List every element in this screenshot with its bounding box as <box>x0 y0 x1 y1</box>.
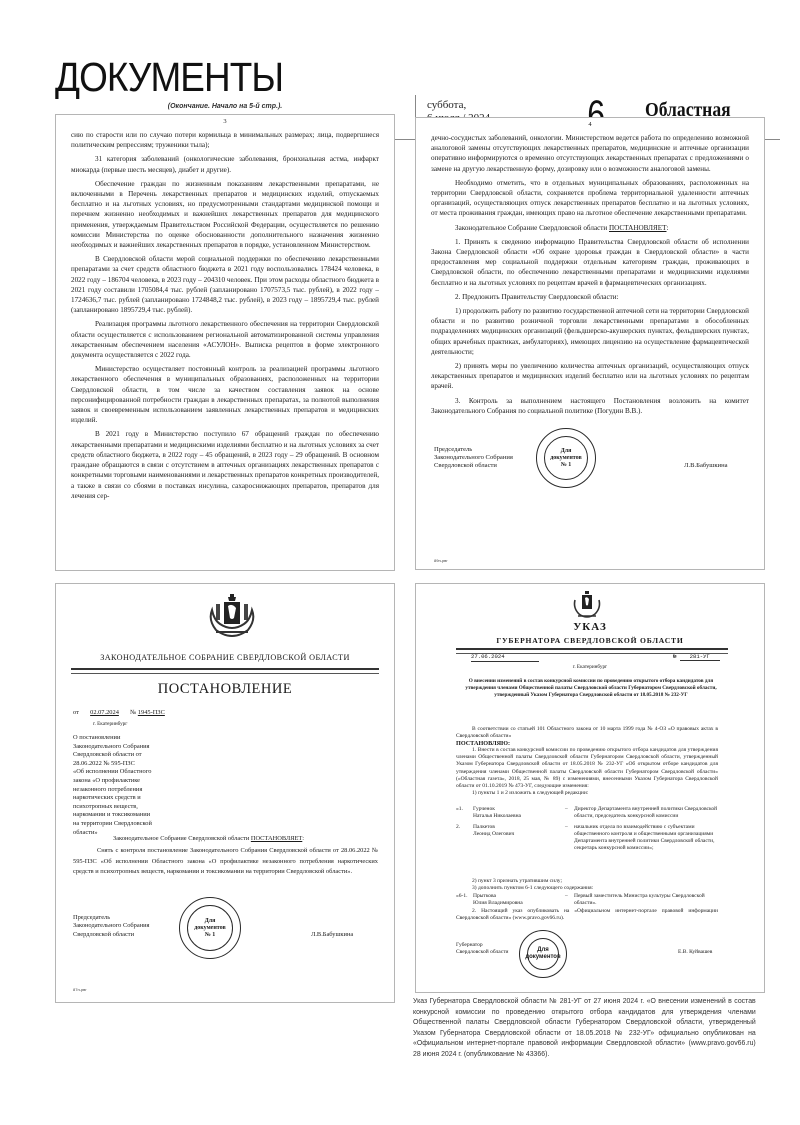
ukaz-preamble: В соответствии со статьей 101 Областного… <box>456 726 718 797</box>
subject-line: наркомании и токсикомании <box>73 811 152 820</box>
subject-line: психотропных веществ, <box>73 803 152 812</box>
document-page-4: 4 дечно-сосудистых заболеваний, онкологи… <box>415 117 765 570</box>
paragraph: Министерство осуществляет постоянный кон… <box>71 364 379 425</box>
page-3-body: сию по старости или по случаю потери кор… <box>56 130 394 501</box>
member-row: «6-1.ПрытковаЮлия Владимировна–Первый за… <box>456 893 718 907</box>
official-stamp: Длядокументов№ 1 <box>179 897 241 959</box>
postanovlenie-document: ЗАКОНОДАТЕЛЬНОЕ СОБРАНИЕ СВЕРДЛОВСКОЙ ОБ… <box>55 583 395 1003</box>
subject-line: О постановлении <box>73 734 152 743</box>
official-stamp: Длядокументов№ 1 <box>536 428 596 488</box>
ukaz-number-line: № 281-УГ <box>673 653 720 661</box>
paragraph: Обеспечение граждан по жизненным показан… <box>71 179 379 250</box>
doc-footnote: 87п-рвг <box>73 987 87 992</box>
page-4-items: 1. Принять к сведению информацию Правите… <box>416 237 764 416</box>
paragraph: сию по старости или по случаю потери кор… <box>71 130 379 150</box>
ukaz-issuer: ГУБЕРНАТОРА СВЕРДЛОВСКОЙ ОБЛАСТИ <box>416 636 764 645</box>
paragraph: Необходимо отметить, что в отдельных мун… <box>431 178 749 219</box>
ukaz-number: 281-УГ <box>680 653 720 661</box>
signature-block: Председатель Законодательного Собрания С… <box>416 432 764 502</box>
ukaz-city: г. Екатеринбург <box>416 664 764 670</box>
issuer-organization: ЗАКОНОДАТЕЛЬНОЕ СОБРАНИЕ СВЕРДЛОВСКОЙ ОБ… <box>56 653 394 662</box>
signer-name: Е.В. Куйвашев <box>678 949 712 955</box>
document-type: ПОСТАНОВЛЕНИЕ <box>56 681 394 698</box>
page-number-4: 4 <box>416 121 764 128</box>
member-row: 2.ПалкетовЛеонид Олегович–начальник отде… <box>456 824 718 852</box>
document-city: г. Екатеринбург <box>93 720 127 728</box>
ukaz-document: УКАЗ ГУБЕРНАТОРА СВЕРДЛОВСКОЙ ОБЛАСТИ 27… <box>415 583 765 993</box>
document-date-line: от 02.07.2024 № 1945-ПЗС <box>73 709 165 717</box>
subject-line: «Об исполнении Областного <box>73 768 152 777</box>
coat-of-arms-icon <box>572 590 602 620</box>
page-4-body: дечно-сосудистых заболеваний, онкологии.… <box>416 133 764 219</box>
document-date: 02.07.2024 <box>81 709 129 717</box>
subject-line: Законодательного Собрания <box>73 743 152 752</box>
document-number: 1945-ПЗС <box>138 709 165 716</box>
subject-line: на территории Свердловской <box>73 820 152 829</box>
ukaz-title: УКАЗ <box>416 621 764 633</box>
paragraph: 31 категория заболеваний (онкологические… <box>71 154 379 174</box>
section-title: ДОКУМЕНТЫ <box>55 55 283 99</box>
weekday: суббота, <box>427 99 490 112</box>
signer-name: Л.В.Бабушкина <box>311 931 353 939</box>
header-rule <box>71 668 379 674</box>
ukaz-item2: 2. Настоящий указ опубликовать на «Офици… <box>456 908 718 922</box>
paragraph: Реализация программы льготного лекарстве… <box>71 319 379 360</box>
publication-caption: Указ Губернатора Свердловской области № … <box>413 996 756 1060</box>
doc-footnote: 89п-рвг <box>434 558 448 563</box>
ukaz-heading: О внесении изменений в состав конкурсной… <box>456 678 726 700</box>
coat-of-arms-icon <box>206 592 258 640</box>
official-stamp: Длядокументов <box>519 930 567 978</box>
paragraph: 2. Предложить Правительству Свердловской… <box>431 292 749 302</box>
resolves-word: ПОСТАНОВЛЯЕТ <box>609 224 666 232</box>
signer-name: Л.В.Бабушкина <box>684 462 728 470</box>
page-number-3: 3 <box>56 118 394 125</box>
signer-title: Председатель Законодательного Собрания С… <box>73 914 150 939</box>
signer-title: Губернатор Свердловской области <box>456 942 509 956</box>
document-page-3: 3 сию по старости или по случаю потери к… <box>55 114 395 571</box>
signer-title: Председатель Законодательного Собрания С… <box>434 446 513 470</box>
member-row: «1.ГурченокНаталья Николаевна–Директор Д… <box>456 806 718 820</box>
paragraph: дечно-сосудистых заболеваний, онкологии.… <box>431 133 749 174</box>
subject-line: закона «О профилактике <box>73 777 152 786</box>
page-4-resolution: Законодательное Собрание Свердловской об… <box>416 223 764 233</box>
paragraph: В 2021 году в Министерство поступило 67 … <box>71 429 379 500</box>
subject-line: 28.06.2022 № 595-ПЗС <box>73 760 152 769</box>
ukaz-date: 27.06.2024 <box>471 653 539 662</box>
document-body: Законодательное Собрание Свердловской об… <box>73 834 378 878</box>
document-subject: О постановленииЗаконодательного Собрания… <box>73 734 152 837</box>
subject-line: наркотических средств и <box>73 794 152 803</box>
continued-note: (Окончание. Начало на 5-й стр.). <box>55 103 395 110</box>
paragraph: 1) продолжить работу по развитию государ… <box>431 306 749 357</box>
subject-line: незаконного потребления <box>73 786 152 795</box>
paragraph: 3. Контроль за выполнением настоящего По… <box>431 396 749 416</box>
commission-members: «1.ГурченокНаталья Николаевна–Директор Д… <box>456 806 718 857</box>
ukaz-tail: 2) пункт 3 признать утратившим силу; 3) … <box>456 878 718 892</box>
paragraph: 1. Принять к сведению информацию Правите… <box>431 237 749 288</box>
paragraph: В Свердловской области мерой социальной … <box>71 254 379 315</box>
paragraph: 2) принять меры по увеличению количества… <box>431 361 749 392</box>
subject-line: Свердловской области от <box>73 751 152 760</box>
